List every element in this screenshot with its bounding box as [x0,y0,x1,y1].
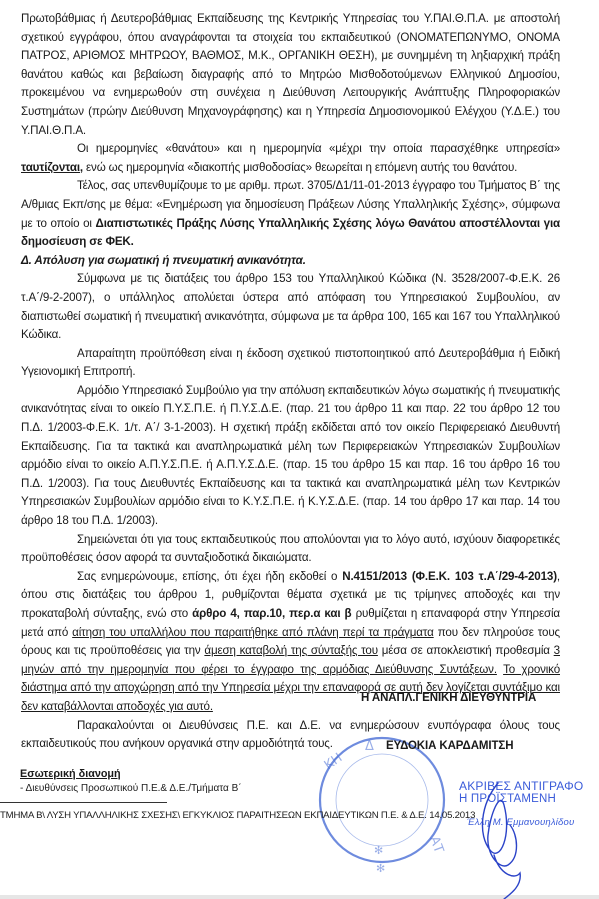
text-run: ενώ ως ημερομηνία «διακοπής μισθοδοσίας»… [83,161,517,174]
text-run: Απαραίτητη προϋπόθεση είναι η έκδοση σχε… [21,347,560,379]
emphasized-text: Δ. Απόλυση για σωματική ή πνευματική ανι… [21,254,306,267]
paragraph: Αρμόδιο Υπηρεσιακό Συμβούλιο για την από… [21,382,560,531]
signer-name: ΕΥΔΟΚΙΑ ΚΑΡΔΑΜΙΤΣΗ [386,740,513,752]
svg-text:Δ: Δ [365,739,374,754]
svg-text:✻: ✻ [376,862,385,875]
footer-file-path: ΤΜΗΜΑ Β\ ΛΥΣΗ ΥΠΑΛΛΗΛΙΚΗΣ ΣΧΕΣΗΣ\ ΕΓΚΥΚΛ… [0,810,475,821]
document-body: Πρωτοβάθμιας ή Δευτεροβάθμιας Εκπαίδευση… [21,10,560,754]
svg-text:✻: ✻ [374,844,383,857]
text-run: Αρμόδιο Υπηρεσιακό Συμβούλιο για την από… [21,384,560,527]
distribution-item: - Διευθύνσεις Προσωπικού Π.Ε.& Δ.Ε./Τμήμ… [20,783,242,794]
footer-divider [0,802,167,803]
paragraph: Απαραίτητη προϋπόθεση είναι η έκδοση σχε… [21,345,560,382]
handwritten-signature-icon [460,775,540,899]
paragraph: Δ. Απόλυση για σωματική ή πνευματική ανι… [21,252,560,271]
text-run: μέσα σε αποκλειστική προθεσμία [378,644,554,657]
emphasized-text: άμεση καταβολή της σύνταξής του [204,644,378,657]
emphasized-text: ταυτίζονται, [21,161,83,174]
text-run: Σας ενημερώνουμε, επίσης, ότι έχει ήδη ε… [77,570,342,583]
paragraph: Τέλος, σας υπενθυμίζουμε το με αριθμ. πρ… [21,177,560,251]
emphasized-text: αίτηση του υπαλλήλου που παραιτήθηκε από… [72,626,434,639]
emphasized-text: άρθρο 4, παρ.10, περ.α και β [192,607,351,620]
paragraph: Σημειώνεται ότι για τους εκπαιδευτικούς … [21,531,560,568]
distribution-title: Εσωτερική διανομή [20,768,121,780]
svg-text:ΑΤ: ΑΤ [426,834,446,855]
paragraph: Οι ημερομηνίες «θανάτου» και η ημερομηνί… [21,140,560,177]
text-run: Σύμφωνα με τις διατάξεις του άρθρο 153 τ… [21,272,560,341]
text-run: Πρωτοβάθμιας ή Δευτεροβάθμιας Εκπαίδευση… [21,12,560,137]
text-run: Σημειώνεται ότι για τους εκπαιδευτικούς … [21,533,560,565]
paragraph: Σύμφωνα με τις διατάξεις του άρθρο 153 τ… [21,270,560,344]
emphasized-text: Ν.4151/2013 (Φ.Ε.Κ. 103 τ.Α΄/29-4-2013) [342,570,557,583]
text-run: Οι ημερομηνίες «θανάτου» και η ημερομηνί… [77,142,560,155]
signature-title: Η ΑΝΑΠΛ.ΓΕΝΙΚΗ ΔΙΕΥΘΥΝΤΡΙΑ [361,692,536,704]
document-page: Πρωτοβάθμιας ή Δευτεροβάθμιας Εκπαίδευση… [0,0,599,895]
paragraph: Πρωτοβάθμιας ή Δευτεροβάθμιας Εκπαίδευση… [21,10,560,140]
emphasized-text: Διαπιστωτικές Πράξης Λύσης Υπαλληλικής Σ… [21,217,560,249]
